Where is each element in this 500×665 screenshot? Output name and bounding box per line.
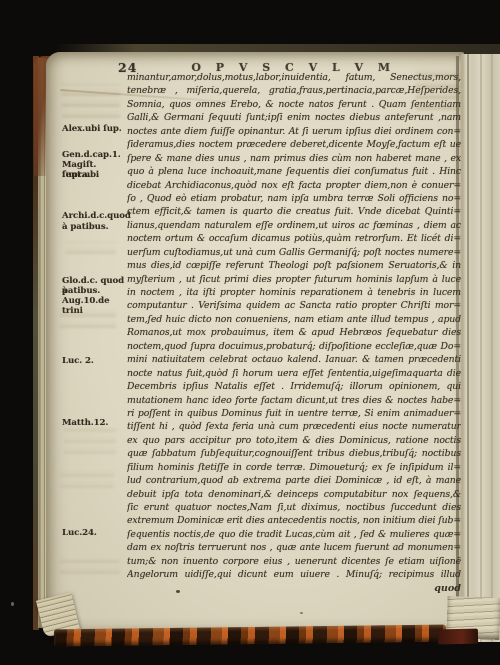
speck [176,590,180,593]
margin-note: à patibus. [62,222,128,232]
text-line: debuit ipſa tota denominari,& deinceps c… [127,488,461,501]
text-line: in noctem , ita iſti propter hominis rep… [127,286,461,299]
text-line: tum;& non inuento corpore eius , uenerun… [127,555,461,568]
text-line: filium hominis ſtetiſſe in corde terræ. … [127,461,461,474]
text-line: ſideramus,dies noctem præcedere deberet,… [127,138,461,151]
margin-note: patibus. [62,286,128,296]
text-line: ri poſſent in quibus Dominus fuit in uen… [127,407,461,420]
bleed-through-artifact [416,66,460,114]
text-line: tiſſent hi , quòd ſexta feria unà cum pr… [127,420,461,433]
bleed-through-artifact [66,242,116,258]
fore-edge-crease [467,54,469,642]
text-line: tem,ſed huic dicto non conueniens, nam e… [127,313,461,326]
bleed-through-artifact [60,470,114,492]
margin-note: Luc.24. [62,528,128,538]
text-line: noctes ante diem fuiſſe opinantur. At ſi… [127,125,461,138]
text-line: quæ ſabbatum ſubſequitur,cognouiſſent tr… [127,447,461,460]
margin-note: Gen.d.cap.1. [62,150,128,160]
margin-note: Archi.d.c.quod [62,211,128,221]
fore-edge-crease [491,54,493,642]
book-photograph: 24 O P V S C V L V M minantur,amor,dolus… [0,0,500,665]
bleed-through-artifact [60,306,116,332]
text-line: computantur . Veriſsima quidem ac Sancta… [127,299,461,312]
speck [300,612,303,614]
text-line: ſo , Quod eò etiam probatur, nam ipſa um… [127,192,461,205]
margin-note: Luc. 2. [62,356,128,366]
text-line: myſterium , ut ſicut primi dies propter … [127,273,461,286]
text-line: Decembris ipſius Natalis eſſet . Irridem… [127,380,461,393]
text-line: ctem efficit,& tamen is quarto die creat… [127,205,461,218]
text-line: Romanos,ut mox probauimus, item & apud H… [127,326,461,339]
text-line: ſpere & mane dies unus , nam primus dies… [127,152,461,165]
text-line: uerſum cuſtodiamus,ut unà cum Gallis Ger… [127,246,461,259]
text-line: noctem ortum & occaſum dicamus potiùs,qu… [127,232,461,245]
text-line: mini natiuitatem celebrat octauo kalend.… [127,353,461,366]
text-line: lianus,quendam naturalem eſſe ordinem,ut… [127,219,461,232]
bleed-through-artifact [62,84,120,122]
text-line: Galli,& Germani ſequuti ſunt;ipſi enim n… [127,111,461,124]
fore-edge-crease [480,54,482,642]
text-line: noctem,quod ſupra docuimus,probaturq́; d… [127,340,461,353]
text-line: Somnia, quos omnes Erebo, & nocte natos … [127,98,461,111]
text-line: ſic erunt quatuor noctes,Nam ſi,ut dixim… [127,501,461,514]
text-line: quo à plena luce inchoauit,mane ſequenti… [127,165,461,178]
bleed-through-artifact [64,428,116,458]
text-line: minantur,amor,dolus,motus,labor,inuident… [127,71,461,84]
text-line: extremum Dominicæ erit dies antecedentis… [127,514,461,527]
text-line: Angelorum uidiſſe,qui dicunt eum uiuere … [127,568,461,581]
text-line: tenebræ , miſeria,querela, gratia,fraus,… [127,84,461,97]
bleed-through-artifact [60,560,120,578]
text-line: mutationem hanc ideo forte factam dicunt… [127,394,461,407]
speck [11,602,14,606]
marbled-cover-bottom-edge [54,625,446,647]
text-line: lud contrarium,quod ab extrema parte die… [127,474,461,487]
text-line: ex quo pars accipitur pro toto,item & di… [127,434,461,447]
text-line: dicebat Archidiaconus,quòd nox eſt facta… [127,179,461,192]
margin-note: Alex.ubi ſup. [62,124,128,134]
margin-note: Matth.12. [62,418,128,428]
text-line: ſequentis noctis,de quo die tradit Lucas… [127,528,461,541]
body-text-block: minantur,amor,dolus,motus,labor,inuident… [127,71,461,582]
cover-leather-patch [438,629,478,645]
text-line: dam ex noſtris terruerunt nos , quæ ante… [127,541,461,554]
margin-note: ſupra. [62,170,128,180]
text-line: mus dies,id cœpiſſe referunt Theologi po… [127,259,461,272]
text-line: nocte natus fuit,quòd ſi horum uera eſſe… [127,367,461,380]
fore-edge-pages [461,54,500,642]
